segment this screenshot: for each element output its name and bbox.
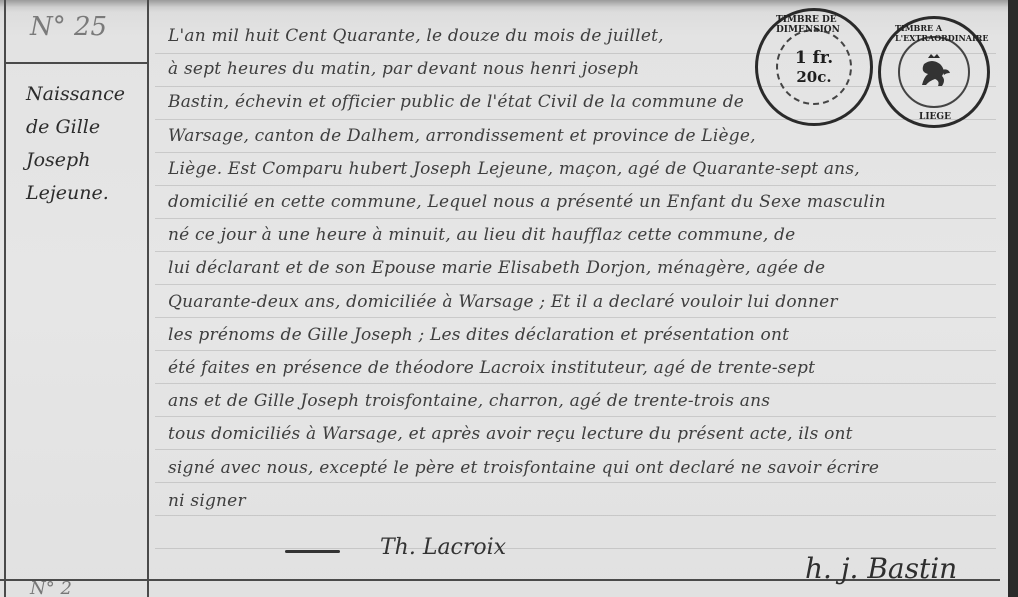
- extraordinary-stamp-inner: [898, 36, 970, 108]
- record-line: Bastin, échevin et officier public de l'…: [168, 86, 848, 119]
- record-line: Quarante-deux ans, domiciliée à Warsage …: [168, 286, 998, 319]
- margin-divider: [4, 62, 149, 64]
- record-line: ans et de Gille Joseph troisfontaine, ch…: [168, 385, 998, 418]
- margin-right-border: [147, 0, 149, 597]
- record-line: ni signer: [168, 485, 998, 518]
- record-body: L'an mil huit Cent Quarante, le douze du…: [168, 20, 998, 518]
- dimension-stamp-wreath: 1 fr. 20c.: [776, 29, 852, 105]
- record-line: à sept heures du matin, par devant nous …: [168, 53, 768, 86]
- stamp-value-centimes: 20c.: [796, 68, 831, 86]
- lion-emblem-icon: [912, 50, 956, 94]
- scan-edge: [1008, 0, 1018, 597]
- ruled-line: [155, 548, 996, 549]
- record-line: Warsage, canton de Dalhem, arrondissemen…: [168, 120, 998, 153]
- margin-title-line: Joseph: [26, 144, 146, 177]
- record-line: signé avec nous, excepté le père et troi…: [168, 452, 998, 485]
- margin-title: Naissance de Gille Joseph Lejeune.: [26, 78, 146, 210]
- extraordinary-stamp-city: LIEGE: [919, 112, 951, 122]
- margin-title-line: Naissance: [26, 78, 146, 111]
- record-line: lui déclarant et de son Epouse marie Eli…: [168, 252, 998, 285]
- signature-dash: [285, 550, 340, 553]
- record-line: né ce jour à une heure à minuit, au lieu…: [168, 219, 998, 252]
- record-line: les prénoms de Gille Joseph ; Les dites …: [168, 319, 998, 352]
- record-line: été faites en présence de théodore Lacro…: [168, 352, 998, 385]
- margin-left-border: [4, 0, 6, 597]
- dimension-stamp: 1 fr. 20c. TIMBRE DE DIMENSION: [755, 8, 873, 126]
- margin-title-line: de Gille: [26, 111, 146, 144]
- next-entry-number: N° 2: [30, 578, 72, 597]
- page-top-shadow: [0, 0, 1018, 12]
- record-line: domicilié en cette commune, Lequel nous …: [168, 186, 998, 219]
- dimension-stamp-ring-text: TIMBRE DE DIMENSION: [776, 15, 870, 35]
- registry-page: N° 25 Naissance de Gille Joseph Lejeune.…: [0, 0, 1011, 597]
- margin-title-line: Lejeune.: [26, 177, 146, 210]
- record-line: L'an mil huit Cent Quarante, le douze du…: [168, 20, 768, 53]
- record-line: tous domiciliés à Warsage, et après avoi…: [168, 418, 998, 451]
- stamp-value-francs: 1 fr.: [795, 48, 833, 68]
- witness-signature: Th. Lacroix: [380, 535, 506, 560]
- record-line: Liège. Est Comparu hubert Joseph Lejeune…: [168, 153, 998, 186]
- entry-number: N° 25: [30, 12, 107, 42]
- extraordinary-stamp: TIMBRE A L'EXTRAORDINAIRE LIEGE: [878, 16, 990, 128]
- officer-signature: h. j. Bastin: [805, 552, 957, 585]
- extraordinary-stamp-ring-text: TIMBRE A L'EXTRAORDINAIRE: [895, 23, 988, 43]
